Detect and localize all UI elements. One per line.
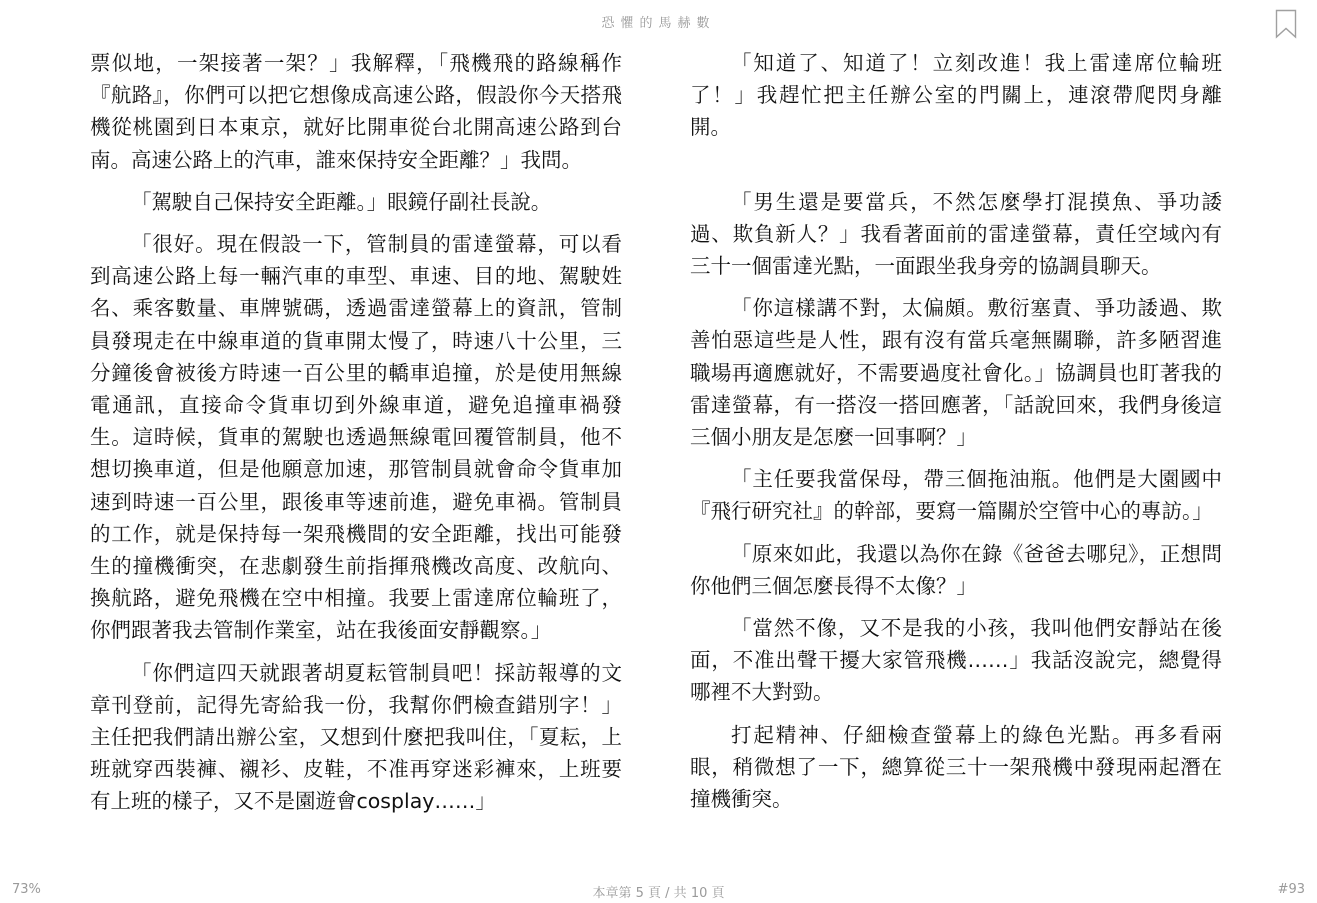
paragraph: 「原來如此，我還以為你在錄《爸爸去哪兒》，正想問你他們三個怎麼長得不太像？」: [690, 538, 1222, 602]
bookmark-icon: [1275, 9, 1297, 39]
page-left-column: 票似地，一架接著一架？」我解釋，「飛機飛的路線稱作『航路』，你們可以把它想像成高…: [90, 47, 622, 828]
paragraph: 「駕駛自己保持安全距離。」眼鏡仔副社長說。: [90, 186, 622, 218]
paragraph: 「男生還是要當兵，不然怎麼學打混摸魚、爭功諉過、欺負新人？」我看著面前的雷達螢幕…: [690, 186, 1222, 283]
chapter-page-indicator: 本章第 5 頁 / 共 10 頁: [0, 882, 1317, 901]
paragraph: 票似地，一架接著一架？」我解釋，「飛機飛的路線稱作『航路』，你們可以把它想像成高…: [90, 47, 622, 176]
paragraph: 「主任要我當保母，帶三個拖油瓶。他們是大園國中『飛行研究社』的幹部，要寫一篇關於…: [690, 463, 1222, 527]
book-title: 恐懼的馬赫數: [0, 12, 1317, 31]
paragraph: 「知道了、知道了！立刻改進！我上雷達席位輪班了！」我趕忙把主任辦公室的門關上，連…: [690, 47, 1222, 144]
paragraph: 「很好。現在假設一下，管制員的雷達螢幕，可以看到高速公路上每一輛汽車的車型、車速…: [90, 228, 622, 647]
paragraph: 「當然不像，又不是我的小孩，我叫他們安靜站在後面，不准出聲干擾大家管飛機……」我…: [690, 612, 1222, 709]
paragraph: 打起精神、仔細檢查螢幕上的綠色光點。再多看兩眼，稍微想了一下，總算從三十一架飛機…: [690, 719, 1222, 816]
bookmark-button[interactable]: [1275, 9, 1297, 39]
location-number: #93: [1278, 882, 1305, 897]
paragraph: 「你們這四天就跟著胡夏耘管制員吧！採訪報導的文章刊登前，記得先寄給我一份，我幫你…: [90, 657, 622, 818]
page-right-column: 「知道了、知道了！立刻改進！我上雷達席位輪班了！」我趕忙把主任辦公室的門關上，連…: [690, 47, 1222, 825]
paragraph: 「你這樣講不對，太偏頗。敷衍塞責、爭功諉過、欺善怕惡這些是人性，跟有沒有當兵毫無…: [690, 292, 1222, 453]
